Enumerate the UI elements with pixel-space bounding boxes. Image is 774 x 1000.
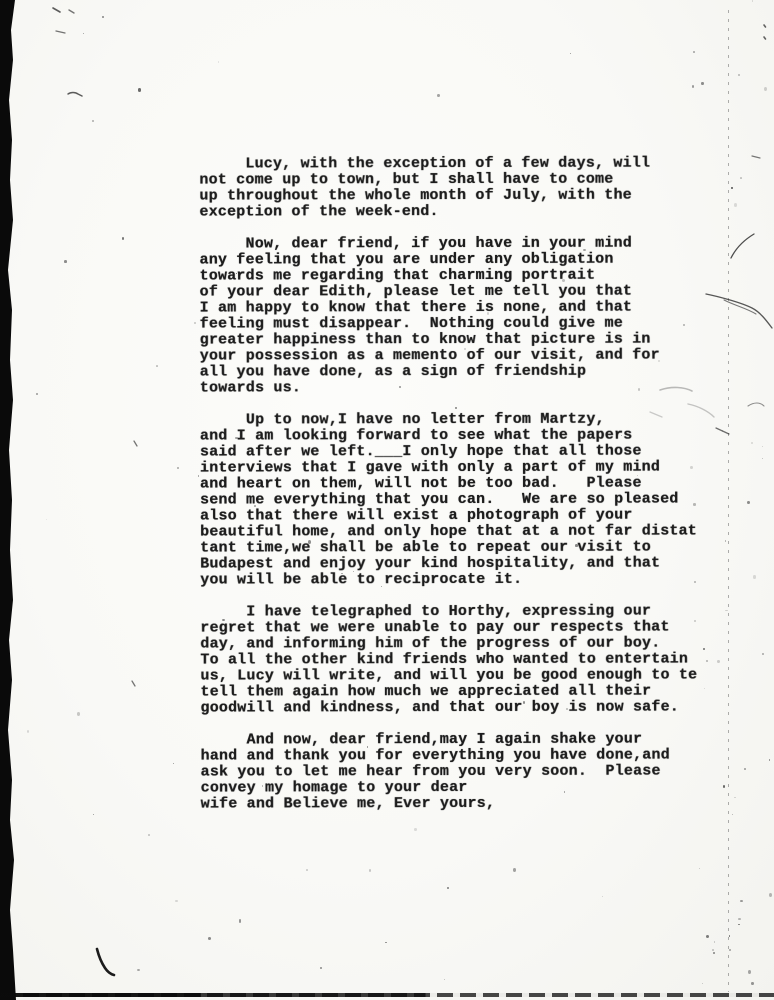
noise-speck [64, 260, 67, 263]
noise-speck [173, 763, 175, 765]
noise-speck [208, 937, 211, 940]
noise-speck [753, 575, 756, 578]
noise-speck [444, 979, 445, 980]
noise-speck [83, 33, 85, 34]
letter-paragraph: Up to now,I have no letter from Martzy,a… [200, 411, 748, 588]
noise-speck [762, 458, 763, 459]
noise-speck [239, 919, 242, 923]
noise-speck [93, 814, 94, 815]
pen-stroke-bottom-left [97, 949, 114, 975]
noise-speck [602, 896, 603, 898]
letter-line: wife and Believe me, Ever yours, [201, 795, 749, 812]
noise-speck [751, 442, 753, 444]
noise-speck [198, 475, 200, 477]
noise-speck [714, 941, 716, 942]
noise-speck [137, 969, 140, 971]
noise-speck [762, 446, 763, 448]
letter-line: all you have done, as a sign of friendsh… [200, 363, 748, 380]
noise-speck [748, 970, 751, 974]
noise-speck [706, 935, 709, 938]
noise-speck [148, 834, 150, 836]
scan-edge-left [0, 0, 18, 1000]
noise-speck [699, 868, 700, 869]
noise-speck [693, 51, 695, 53]
noise-speck [447, 887, 449, 889]
noise-speck [306, 869, 308, 871]
letter-paragraph: I have telegraphed to Horthy, expressing… [200, 603, 748, 716]
noise-speck [764, 87, 767, 91]
noise-speck [194, 322, 196, 324]
noise-speck [762, 653, 764, 655]
ink-fleck-marks [53, 8, 137, 686]
noise-speck [738, 918, 741, 920]
noise-speck [138, 88, 141, 91]
letter-paragraph: Now, dear friend, if you have in your mi… [199, 235, 747, 396]
noise-speck [218, 61, 219, 62]
letter-line: ask you to let me hear from you very soo… [201, 763, 749, 780]
letter-line: towards us. [200, 379, 748, 396]
noise-speck [414, 828, 416, 831]
letter-line: goodwill and kindness, and that our boy … [200, 699, 748, 716]
noise-speck [570, 53, 571, 54]
noise-speck [713, 952, 715, 954]
noise-speck [92, 120, 94, 122]
noise-speck [738, 924, 739, 926]
scanned-letter-page: Lucy, with the exception of a few days, … [0, 0, 774, 1000]
noise-speck [769, 893, 772, 897]
noise-speck [175, 900, 178, 903]
scan-edge-bottom [0, 993, 774, 997]
noise-speck [27, 730, 29, 733]
noise-speck [369, 869, 371, 871]
noise-speck [385, 942, 386, 943]
noise-speck [769, 759, 771, 761]
noise-speck [740, 900, 743, 902]
noise-speck [102, 16, 104, 18]
letter-body: Lucy, with the exception of a few days, … [199, 155, 748, 828]
noise-speck [701, 82, 704, 86]
noise-speck [702, 983, 703, 984]
letter-line: up throughout the whole month of July, w… [199, 187, 747, 204]
letter-line: exception of the week-end. [199, 203, 747, 220]
noise-speck [437, 94, 440, 98]
noise-speck [177, 467, 179, 469]
noise-speck [738, 74, 740, 76]
noise-speck [46, 519, 47, 520]
letter-line: you will be able to reciprocate it. [200, 571, 748, 588]
noise-speck [156, 365, 159, 367]
noise-speck [752, 0, 753, 2]
noise-speck [77, 712, 80, 716]
letter-paragraph: And now, dear friend,may I again shake y… [201, 731, 749, 812]
letter-paragraph: Lucy, with the exception of a few days, … [199, 155, 747, 220]
noise-speck [751, 982, 754, 986]
noise-speck [692, 85, 694, 88]
noise-speck [320, 967, 322, 969]
noise-speck [36, 393, 38, 395]
noise-speck [712, 949, 714, 951]
noise-speck [122, 237, 124, 240]
noise-speck [729, 949, 731, 952]
noise-speck [513, 868, 516, 871]
